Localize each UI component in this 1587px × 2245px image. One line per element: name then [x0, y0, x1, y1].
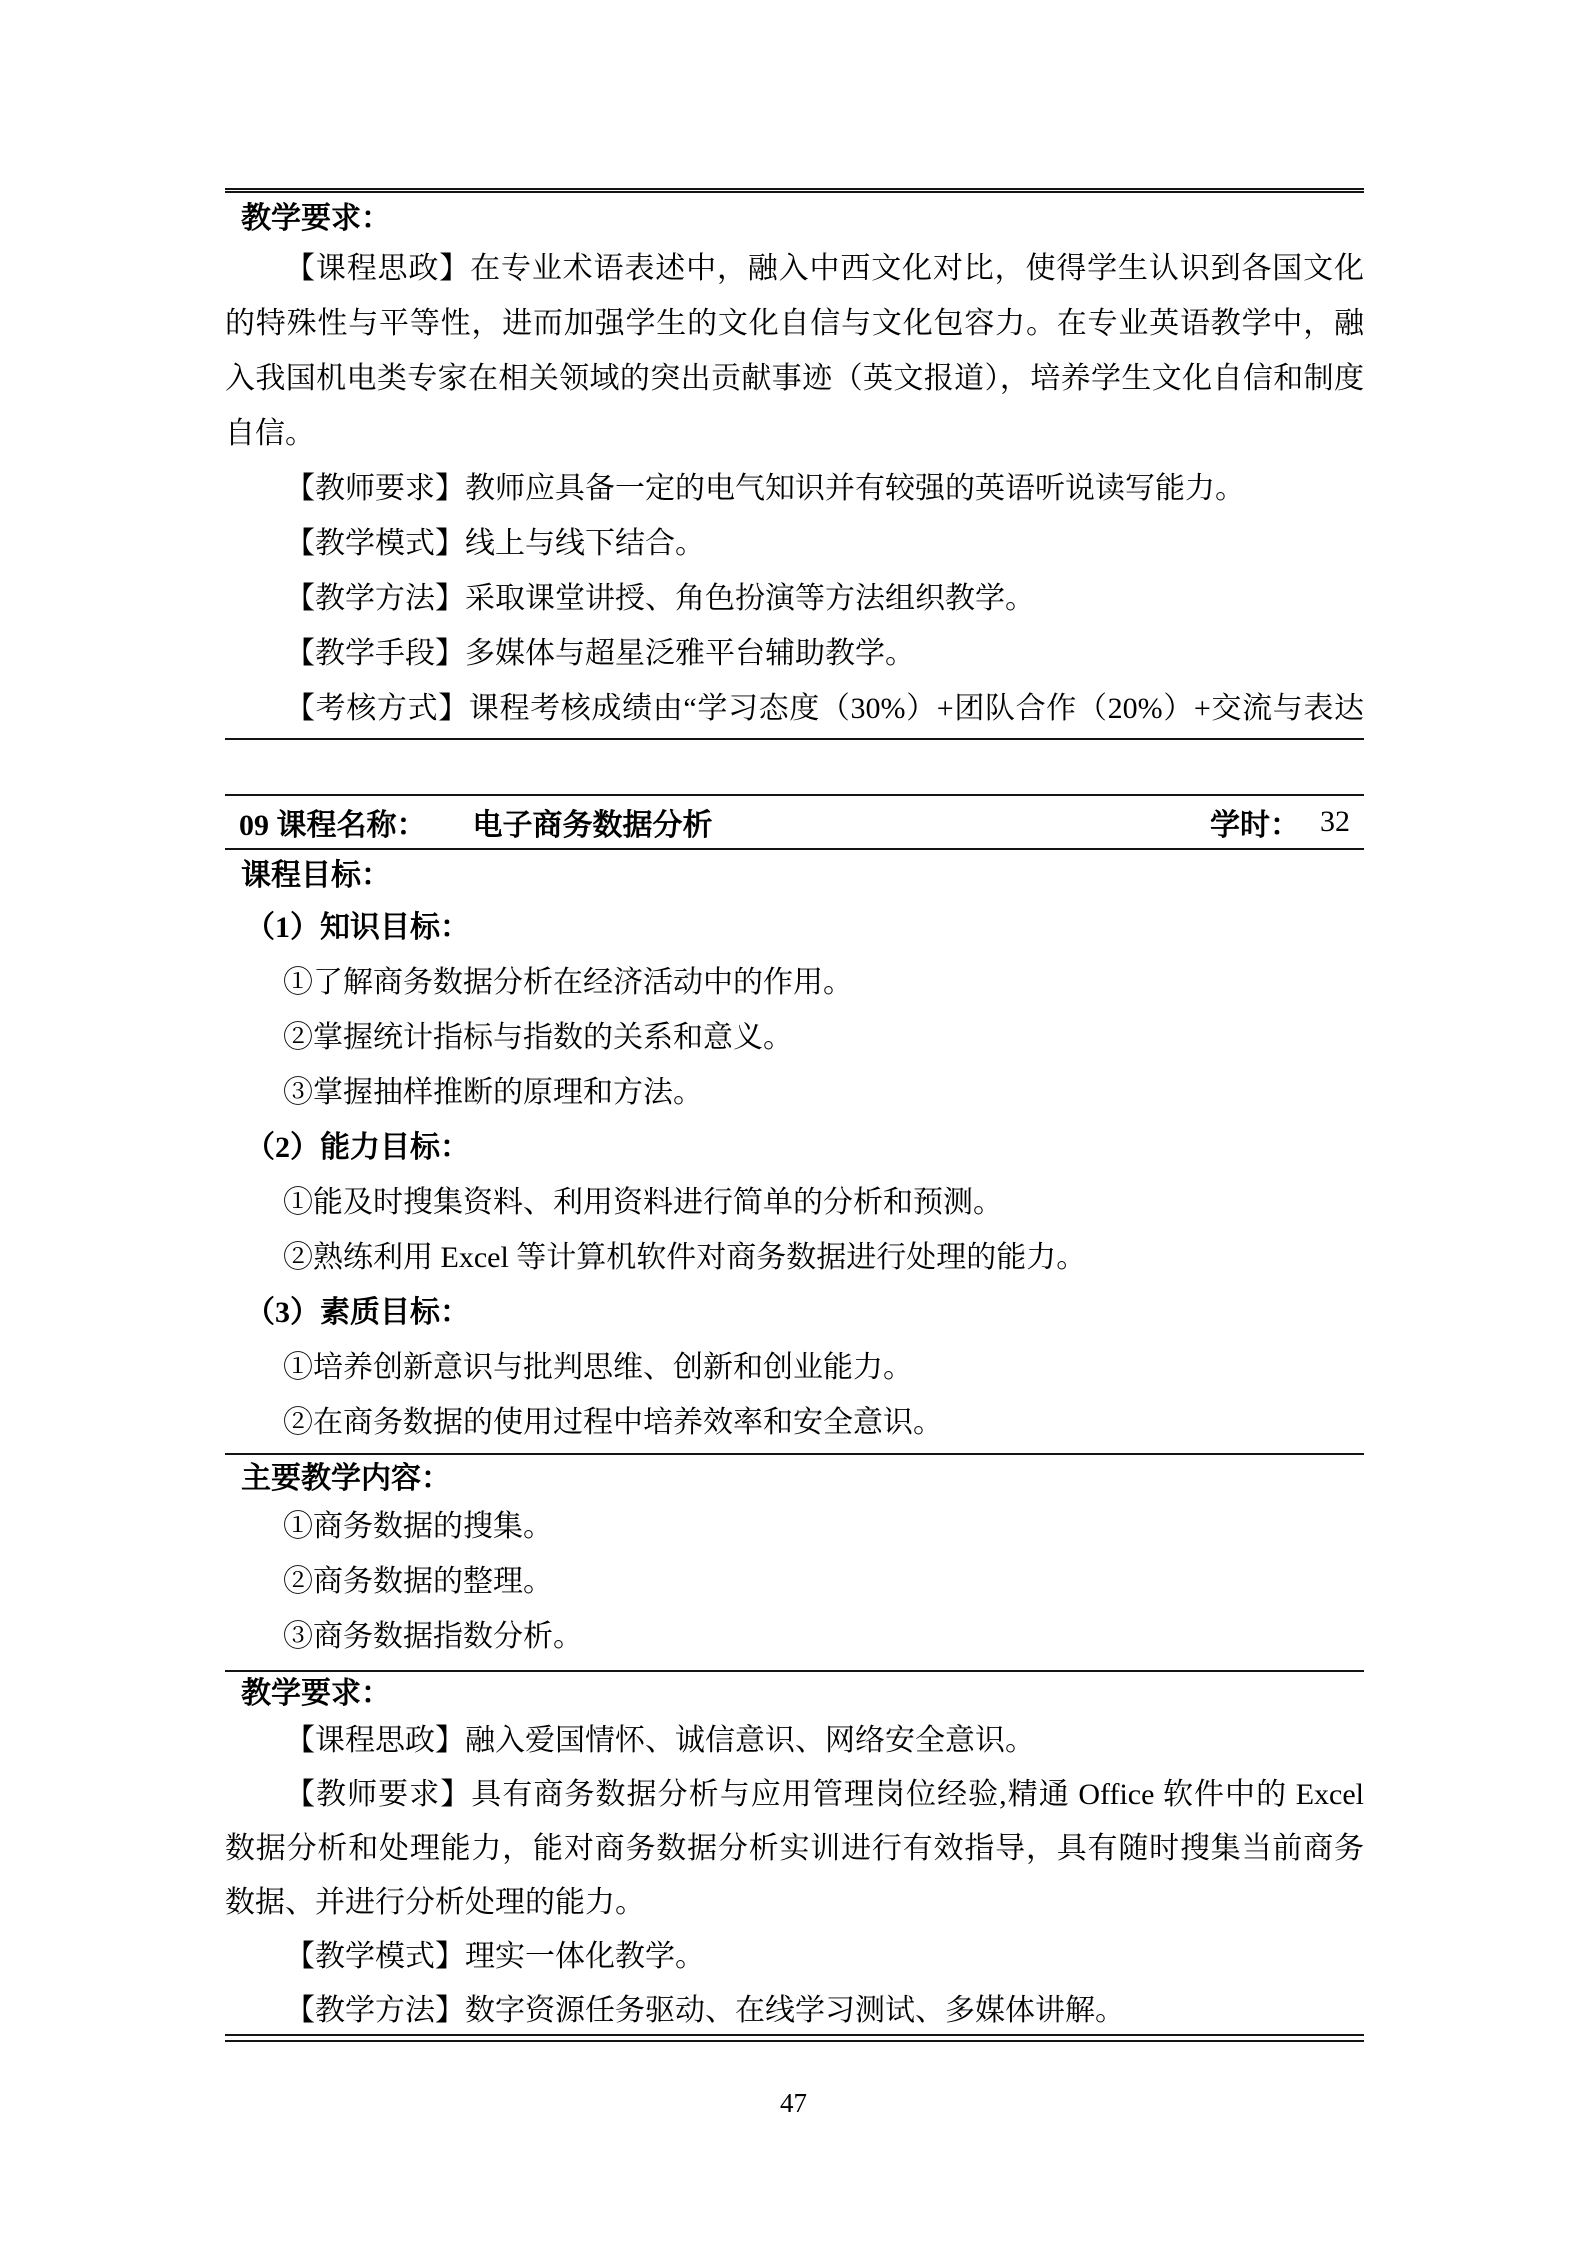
paragraph-course-ideology: 【课程思政】在专业术语表述中，融入中西文化对比，使得学生认识到各国文化的特殊性与…	[225, 241, 1364, 461]
section-heading: 教学要求：	[225, 197, 1364, 241]
objectives-heading: 课程目标：	[225, 852, 1364, 900]
paragraph-teaching-means: 【教学手段】多媒体与超星泛雅平台辅助教学。	[225, 626, 1364, 681]
quality-objectives-title: （3）素质目标：	[225, 1285, 1364, 1340]
paragraph-teaching-mode: 【教学模式】线上与线下结合。	[225, 516, 1364, 571]
table-gap	[225, 740, 1364, 794]
page-number: 47	[0, 2088, 1587, 2119]
paragraph-teacher-requirement: 【教师要求】具有商务数据分析与应用管理岗位经验,精通 Office 软件中的 E…	[225, 1768, 1364, 1930]
section-teaching-requirements-prev-course: 教学要求： 【课程思政】在专业术语表述中，融入中西文化对比，使得学生认识到各国文…	[225, 193, 1364, 740]
list-item: ①能及时搜集资料、利用资料进行简单的分析和预测。	[225, 1175, 1364, 1230]
course-hours-group: 学时： 32	[1210, 800, 1350, 844]
list-item: ②在商务数据的使用过程中培养效率和安全意识。	[225, 1395, 1364, 1450]
document-page: 教学要求： 【课程思政】在专业术语表述中，融入中西文化对比，使得学生认识到各国文…	[0, 0, 1587, 2245]
teaching-content-heading: 主要教学内容：	[225, 1459, 1364, 1499]
paragraph-teaching-method: 【教学方法】采取课堂讲授、角色扮演等方法组织教学。	[225, 571, 1364, 626]
course-name: 电子商务数据分析	[473, 800, 713, 844]
course-title-group: 09 课程名称： 电子商务数据分析	[239, 800, 713, 844]
course-header-row: 09 课程名称： 电子商务数据分析 学时： 32	[225, 794, 1364, 850]
section-teaching-requirements: 教学要求： 【课程思政】融入爱国情怀、诚信意识、网络安全意识。 【教师要求】具有…	[225, 1672, 1364, 2034]
list-item: ②商务数据的整理。	[225, 1554, 1364, 1609]
top-margin	[0, 0, 1587, 188]
hours-label: 学时：	[1210, 800, 1300, 844]
paragraph-assessment-method: 【考核方式】课程考核成绩由“学习态度（30%）+团队合作（20%）+交流与表达（…	[225, 681, 1364, 740]
list-item: ③掌握抽样推断的原理和方法。	[225, 1065, 1364, 1120]
section-main-teaching-content: 主要教学内容： ①商务数据的搜集。 ②商务数据的整理。 ③商务数据指数分析。	[225, 1455, 1364, 1672]
requirements-heading: 教学要求：	[225, 1674, 1364, 1714]
knowledge-objectives-title: （1）知识目标：	[225, 900, 1364, 955]
paragraph-teacher-requirement: 【教师要求】教师应具备一定的电气知识并有较强的英语听说读写能力。	[225, 461, 1364, 516]
paragraph-teaching-method: 【教学方法】数字资源任务驱动、在线学习测试、多媒体讲解。	[225, 1984, 1364, 2034]
list-item: ③商务数据指数分析。	[225, 1609, 1364, 1664]
hours-value: 32	[1320, 805, 1350, 839]
list-item: ②熟练利用 Excel 等计算机软件对商务数据进行处理的能力。	[225, 1230, 1364, 1285]
course-number-label: 09 课程名称：	[239, 800, 427, 844]
list-item: ②掌握统计指标与指数的关系和意义。	[225, 1010, 1364, 1065]
ability-objectives-title: （2）能力目标：	[225, 1120, 1364, 1175]
document-body: 教学要求： 【课程思政】在专业术语表述中，融入中西文化对比，使得学生认识到各国文…	[225, 188, 1364, 2042]
list-item: ①了解商务数据分析在经济活动中的作用。	[225, 955, 1364, 1010]
section-course-objectives: 课程目标： （1）知识目标： ①了解商务数据分析在经济活动中的作用。 ②掌握统计…	[225, 850, 1364, 1455]
paragraph-course-ideology: 【课程思政】融入爱国情怀、诚信意识、网络安全意识。	[225, 1714, 1364, 1768]
list-item: ①商务数据的搜集。	[225, 1499, 1364, 1554]
list-item: ①培养创新意识与批判思维、创新和创业能力。	[225, 1340, 1364, 1395]
paragraph-teaching-mode: 【教学模式】理实一体化教学。	[225, 1930, 1364, 1984]
table-bottom-double-border	[225, 2034, 1364, 2042]
